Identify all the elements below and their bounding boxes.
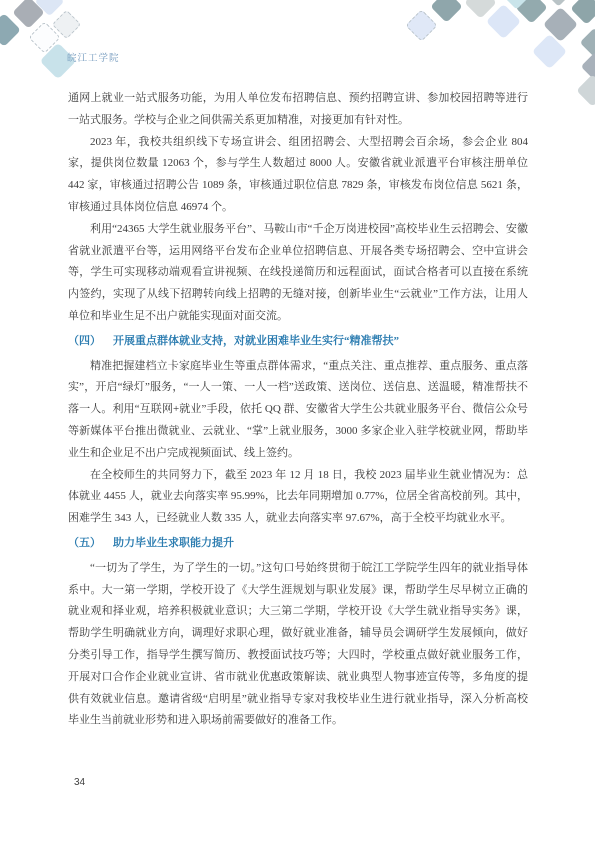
section-heading-number: （五） <box>68 537 101 549</box>
section-heading-text: 助力毕业生求职能力提升 <box>113 537 234 549</box>
deco-diamond <box>0 13 21 47</box>
deco-diamond <box>576 74 595 107</box>
paragraph: “一切为了学生，为了学生的一切。”这句口号始终贯彻于皖江工学院学生四年的就业指导… <box>68 558 528 732</box>
deco-diamond <box>51 9 81 39</box>
deco-diamond <box>546 0 570 6</box>
deco-diamond <box>542 6 577 41</box>
deco-diamond <box>464 0 497 18</box>
paragraph: 2023 年，我校共组织线下专场宣讲会、组团招聘会、大型招聘会百余场，参会企业 … <box>68 132 528 219</box>
document-page: 皖江工学院 通网上就业一站式服务功能，为用人单位发布招聘信息、预约招聘宣讲、参加… <box>0 0 595 842</box>
deco-diamond <box>504 0 528 9</box>
deco-diamond <box>28 21 61 54</box>
section-heading-text: 开展重点群体就业支持，对就业困难毕业生实行“精准帮扶” <box>113 335 399 347</box>
deco-diamond <box>531 33 566 68</box>
deco-diamond <box>485 3 520 38</box>
paragraph: 精准把握建档立卡家庭毕业生等重点群体需求，“重点关注、重点推荐、重点服务、重点落… <box>68 356 528 465</box>
deco-diamond <box>579 27 595 57</box>
deco-diamond <box>12 0 45 28</box>
paragraph: 利用“24365 大学生就业服务平台”、马鞍山市“千企万岗进校园”高校毕业生云招… <box>68 219 528 328</box>
deco-diamond <box>515 0 548 23</box>
deco-diamond <box>34 0 64 16</box>
paragraph: 在全校师生的共同努力下，截至 2023 年 12 月 18 日，我校 2023 … <box>68 465 528 530</box>
school-name-watermark: 皖江工学院 <box>67 50 120 64</box>
deco-diamond <box>405 9 438 42</box>
deco-diamond <box>580 51 595 81</box>
document-body: 通网上就业一站式服务功能，为用人单位发布招聘信息、预约招聘宣讲、参加校园招聘等进… <box>68 88 528 732</box>
page-number: 34 <box>74 777 85 788</box>
section-heading: （五）助力毕业生求职能力提升 <box>68 533 528 555</box>
deco-diamond <box>430 0 463 22</box>
paragraph: 通网上就业一站式服务功能，为用人单位发布招聘信息、预约招聘宣讲、参加校园招聘等进… <box>68 88 528 132</box>
deco-diamond <box>570 0 595 24</box>
section-heading: （四）开展重点群体就业支持，对就业困难毕业生实行“精准帮扶” <box>68 331 528 353</box>
section-heading-number: （四） <box>68 335 101 347</box>
